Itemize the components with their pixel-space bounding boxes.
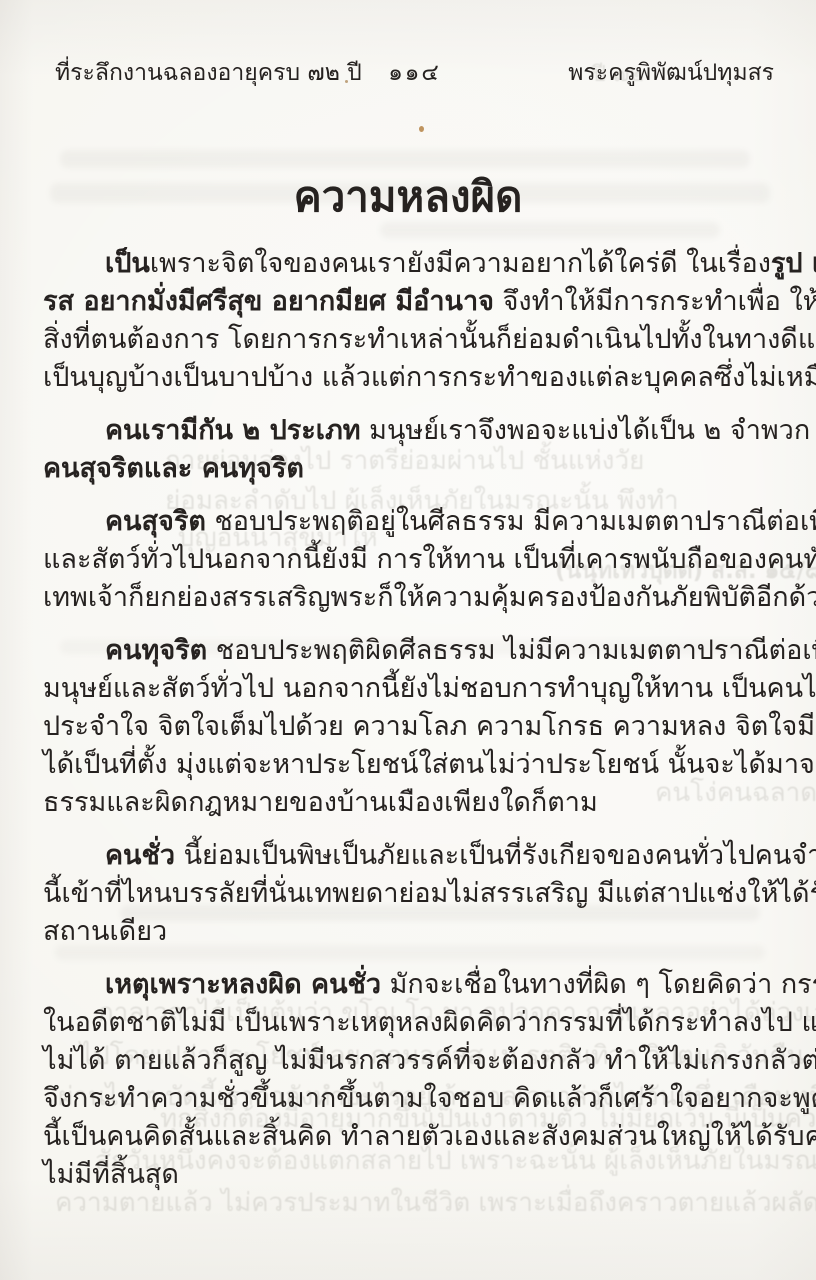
text-line: คนสุจริตและ คนทุจริต [43, 450, 776, 488]
text-line: สถานเดียว [43, 913, 776, 951]
bold-text-run: เหตุเพราะหลงผิด คนชั่ว [105, 969, 381, 1000]
paragraph: คนทุจริต ชอบประพฤติผิดศีลธรรม ไม่มีความเ… [43, 632, 776, 822]
text-run: นี้เป็นคนคิดสั้นและสิ้นคิด ทำลายตัวเองแล… [43, 1121, 816, 1152]
text-run: มนุษย์เราจึงพอจะแบ่งได้เป็น ๒ จำพวก คือ [361, 415, 816, 446]
text-run: นี้ย่อมเป็นพิษเป็นภัยและเป็นที่รังเกียจข… [175, 840, 816, 871]
paragraph: เป็นเพราะจิตใจของคนเรายังมีความอยากได้ใค… [43, 245, 776, 397]
text-run: จึงทำให้มีการกระทำเพื่อ ให้ได้มาซึ่ง [494, 286, 816, 317]
bold-text-run: คนสุจริตและ คนทุจริต [43, 453, 304, 484]
text-run: เพราะจิตใจของคนเรายังมีความอยากได้ใคร่ดี… [150, 248, 771, 279]
text-line: นี้เป็นคนคิดสั้นและสิ้นคิด ทำลายตัวเองแล… [43, 1118, 776, 1156]
text-line: ไม่มีที่สิ้นสุด [43, 1156, 776, 1194]
bold-text-run: รส อยากมั่งมีศรีสุข อยากมียศ มีอำนาจ [43, 286, 494, 317]
text-line: ได้เป็นที่ตั้ง มุ่งแต่จะหาประโยชน์ใส่ตนไ… [43, 746, 776, 784]
text-run: สิ่งที่ตนต้องการ โดยการกระทำเหล่านั้นก็ย… [43, 324, 816, 355]
text-line: เหตุเพราะหลงผิด คนชั่ว มักจะเชื่อในทางที… [43, 966, 776, 1004]
bold-text-run: คนสุจริต [105, 506, 206, 537]
text-line: ไม่ได้ ตายแล้วก็สูญ ไม่มีนรกสวรรค์ที่จะต… [43, 1042, 776, 1080]
text-run: จึงกระทำความชั่วขึ้นมากขึ้นตามใจชอบ คิดแ… [43, 1083, 816, 1114]
text-run: ชอบประพฤติผิดศีลธรรม ไม่มีความเมตตาปราณี… [207, 635, 816, 666]
bold-text-run: คนชั่ว [105, 840, 175, 871]
bold-text-run: เป็น [105, 248, 150, 279]
text-line: รส อยากมั่งมีศรีสุข อยากมียศ มีอำนาจ จึง… [43, 283, 776, 321]
bold-text-run: รูป เสียง กลิ่น [771, 248, 816, 279]
text-run: เป็นบุญบ้างเป็นบาปบ้าง แล้วแต่การกระทำขอ… [43, 362, 816, 393]
text-run: นี้เข้าที่ไหนบรรลัยที่นั่นเทพยดาย่อมไม่ส… [43, 878, 816, 909]
text-line: คนทุจริต ชอบประพฤติผิดศีลธรรม ไม่มีความเ… [43, 632, 776, 670]
text-line: ธรรมและผิดกฎหมายของบ้านเมืองเพียงใดก็ตาม [43, 784, 776, 822]
text-line: นี้เข้าที่ไหนบรรลัยที่นั่นเทพยดาย่อมไม่ส… [43, 875, 776, 913]
paragraph: คนสุจริต ชอบประพฤติอยู่ในศีลธรรม มีความเ… [43, 503, 776, 617]
bold-text-run: คนทุจริต [105, 635, 207, 666]
bold-text-run: คนเรามีกัน ๒ ประเภท [105, 415, 361, 446]
text-run: ในอดีตชาติไม่มี เป็นเพราะเหตุหลงผิดคิดว่… [43, 1007, 816, 1038]
text-run: เทพเจ้าก็ยกย่องสรรเสริญพระก็ให้ความคุ้มค… [43, 582, 816, 613]
paper-speck [419, 126, 424, 132]
text-line: คนชั่ว นี้ย่อมเป็นพิษเป็นภัยและเป็นที่รั… [43, 837, 776, 875]
text-line: มนุษย์และสัตว์ทั่วไป นอกจากนี้ยังไม่ชอบก… [43, 670, 776, 708]
paragraph: คนเรามีกัน ๒ ประเภท มนุษย์เราจึงพอจะแบ่ง… [43, 412, 776, 488]
paragraphs: เป็นเพราะจิตใจของคนเรายังมีความอยากได้ใค… [43, 245, 776, 1209]
text-run: มักจะเชื่อในทางที่ผิด ๆ โดยคิดว่า กรรมเก… [381, 969, 816, 1000]
text-run: ได้เป็นที่ตั้ง มุ่งแต่จะหาประโยชน์ใส่ตนไ… [43, 749, 816, 780]
text-run: ชอบประพฤติอยู่ในศีลธรรม มีความเมตตาปราณี… [206, 506, 816, 537]
paragraph: คนชั่ว นี้ย่อมเป็นพิษเป็นภัยและเป็นที่รั… [43, 837, 776, 951]
paragraph: เหตุเพราะหลงผิด คนชั่ว มักจะเชื่อในทางที… [43, 966, 776, 1194]
text-line: คนสุจริต ชอบประพฤติอยู่ในศีลธรรม มีความเ… [43, 503, 776, 541]
text-line: ในอดีตชาติไม่มี เป็นเพราะเหตุหลงผิดคิดว่… [43, 1004, 776, 1042]
text-line: จึงกระทำความชั่วขึ้นมากขึ้นตามใจชอบ คิดแ… [43, 1080, 776, 1118]
text-run: และสัตว์ทั่วไปนอกจากนี้ยังมี การให้ทาน เ… [43, 544, 816, 575]
text-run: ไม่มีที่สิ้นสุด [43, 1159, 179, 1190]
text-run: ไม่ได้ ตายแล้วก็สูญ ไม่มีนรกสวรรค์ที่จะต… [43, 1045, 816, 1076]
text-run: ประจำใจ จิตใจเต็มไปด้วย ความโลภ ความโกรธ… [43, 711, 816, 742]
text-line: เป็นบุญบ้างเป็นบาปบ้าง แล้วแต่การกระทำขอ… [43, 359, 776, 397]
text-line: ประจำใจ จิตใจเต็มไปด้วย ความโลภ ความโกรธ… [43, 708, 776, 746]
page-header: ที่ระลึกงานฉลองอายุครบ ๗๒ ปี ๑๑๔ พระครูพ… [55, 56, 774, 90]
text-run: สถานเดียว [43, 916, 167, 947]
text-line: เทพเจ้าก็ยกย่องสรรเสริญพระก็ให้ความคุ้มค… [43, 579, 776, 617]
text-line: และสัตว์ทั่วไปนอกจากนี้ยังมี การให้ทาน เ… [43, 541, 776, 579]
page-title: ความหลงผิด [0, 164, 816, 230]
text-line: คนเรามีกัน ๒ ประเภท มนุษย์เราจึงพอจะแบ่ง… [43, 412, 776, 450]
text-run: ธรรมและผิดกฎหมายของบ้านเมืองเพียงใดก็ตาม [43, 787, 598, 818]
text-line: เป็นเพราะจิตใจของคนเรายังมีความอยากได้ใค… [43, 245, 776, 283]
text-run: มนุษย์และสัตว์ทั่วไป นอกจากนี้ยังไม่ชอบก… [43, 673, 816, 704]
text-line: สิ่งที่ตนต้องการ โดยการกระทำเหล่านั้นก็ย… [43, 321, 776, 359]
page-number: ๑๑๔ [55, 56, 774, 90]
page: ที่ระลึกงานฉลองอายุครบ ๗๒ ปี ๑๑๔ พระครูพ… [0, 0, 816, 1280]
